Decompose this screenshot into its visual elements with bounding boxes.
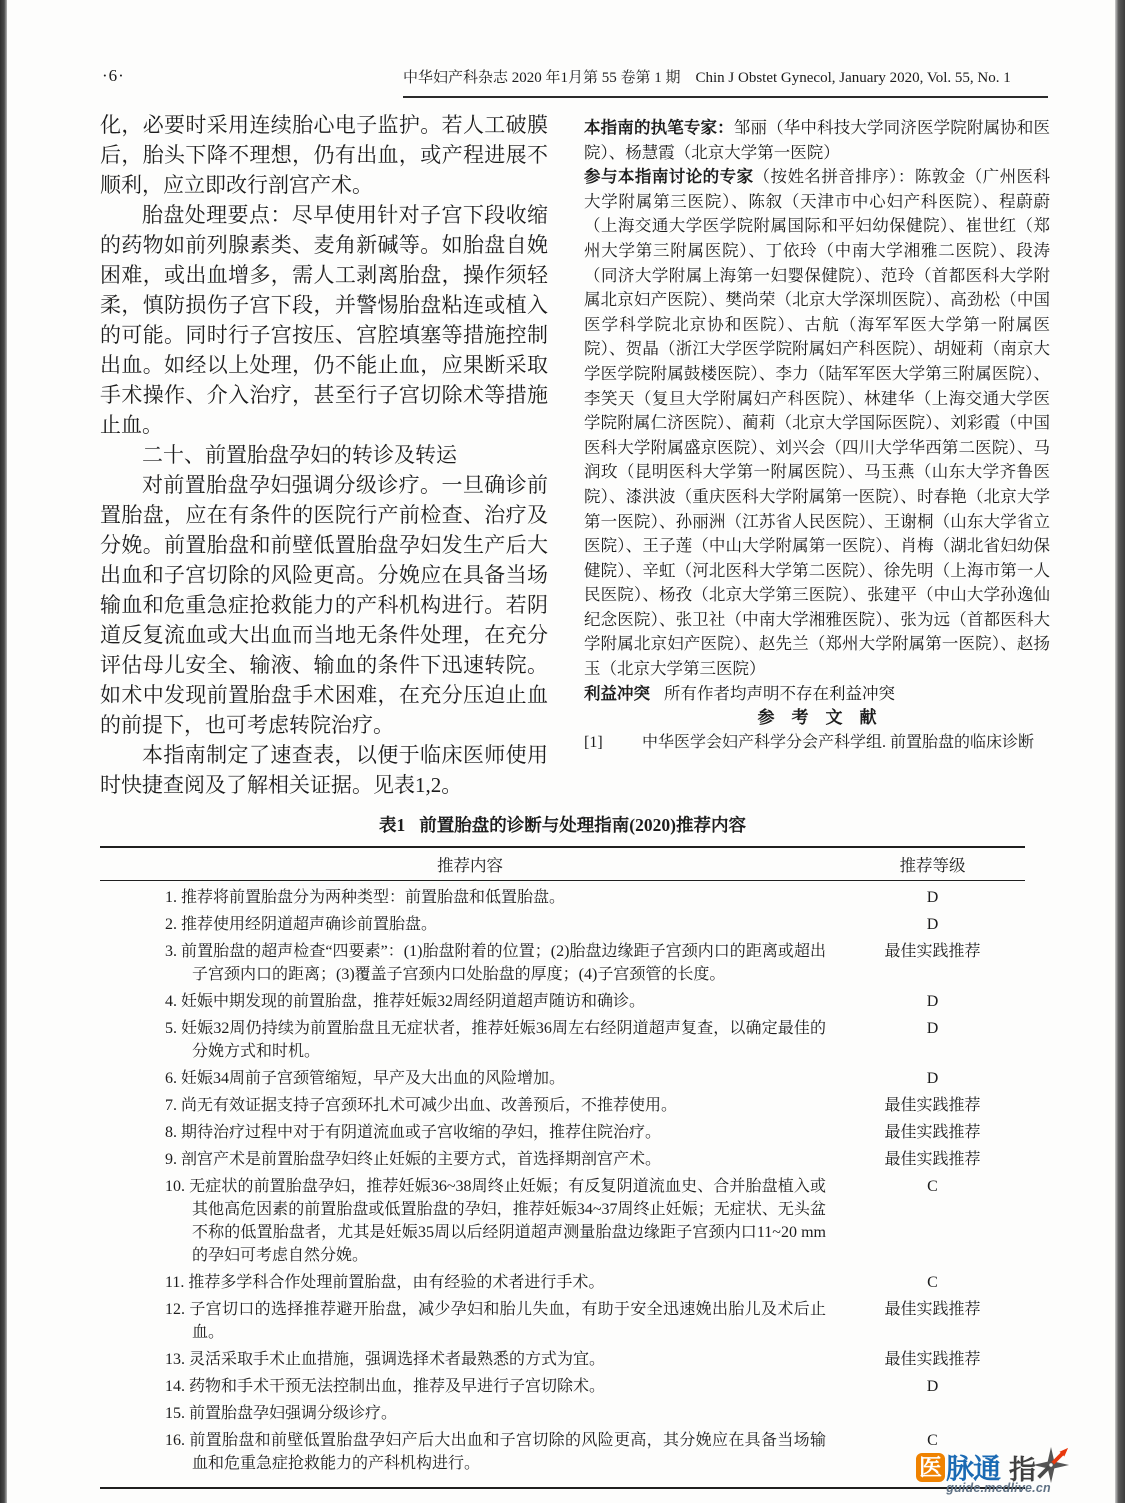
- header-rule: [403, 96, 1048, 98]
- scanned-journal-page: ·6· 中华妇产科杂志 2020 年1月第 55 卷第 1 期 Chin J O…: [0, 0, 1125, 1503]
- recommendation-grade: D: [840, 1067, 1025, 1090]
- table-row: 4. 妊娠中期发现的前置胎盘，推荐妊娠32周经阴道超声随访和确诊。 D: [100, 990, 1025, 1013]
- table-row: 13. 灵活采取手术止血措施，强调选择术者最熟悉的方式为宜。 最佳实践推荐: [100, 1348, 1025, 1371]
- recommendation-text: 8. 期待治疗过程中对于有阴道流血或子宫收缩的孕妇，推荐住院治疗。: [100, 1121, 840, 1144]
- table-row: 5. 妊娠32周仍持续为前置胎盘且无症状者，推荐妊娠36周左右经阴道超声复查，以…: [100, 1017, 1025, 1063]
- coi-label: 利益冲突: [584, 684, 650, 703]
- recommendation-text: 11. 推荐多学科合作处理前置胎盘，由有经验的术者进行手术。: [100, 1271, 840, 1294]
- table-header-row: 推荐内容 推荐等级: [100, 846, 1025, 881]
- table-row: 16. 前置胎盘和前壁低置胎盘孕妇产后大出血和子宫切除的风险更高，其分娩应在具备…: [100, 1429, 1025, 1475]
- discussants-label: 参与本指南讨论的专家: [584, 167, 754, 186]
- table-row: 1. 推荐将前置胎盘分为两种类型：前置胎盘和低置胎盘。 D: [100, 886, 1025, 909]
- writers-label: 本指南的执笔专家：: [584, 118, 734, 137]
- reference-text: 中华医学会妇产科学分会产科学组. 前置胎盘的临床诊断: [642, 734, 1034, 751]
- recommendation-grade: 最佳实践推荐: [840, 1121, 1025, 1144]
- writers-block: 本指南的执笔专家：邹丽（华中科技大学同济医学院附属协和医院）、杨慧霞（北京大学第…: [584, 116, 1050, 165]
- table-row: 12. 子宫切口的选择推荐避开胎盘，减少孕妇和胎儿失血，有助于安全迅速娩出胎儿及…: [100, 1298, 1025, 1344]
- left-column: 化，必要时采用连续胎心电子监护。若人工破膜后，胎头下降不理想，仍有出血，或产程进…: [100, 110, 548, 800]
- recommendation-text: 7. 尚无有效证据支持子宫颈环扎术可减少出血、改善预后，不推荐使用。: [100, 1094, 840, 1117]
- recommendation-grade: D: [840, 913, 1025, 936]
- recommendation-text: 1. 推荐将前置胎盘分为两种类型：前置胎盘和低置胎盘。: [100, 886, 840, 909]
- journal-header: 中华妇产科杂志 2020 年1月第 55 卷第 1 期 Chin J Obste…: [403, 66, 1051, 87]
- recommendation-grade: 最佳实践推荐: [840, 1348, 1025, 1371]
- table-title-text: 前置胎盘的诊断与处理指南(2020)推荐内容: [419, 815, 746, 835]
- paragraph: 对前置胎盘孕妇强调分级诊疗。一旦确诊前置胎盘，应在有条件的医院行产前检查、治疗及…: [100, 470, 548, 740]
- table-row: 7. 尚无有效证据支持子宫颈环扎术可减少出血、改善预后，不推荐使用。 最佳实践推…: [100, 1094, 1025, 1117]
- recommendation-text: 2. 推荐使用经阴道超声确诊前置胎盘。: [100, 913, 840, 936]
- recommendation-grade: 最佳实践推荐: [840, 940, 1025, 986]
- recommendation-text: 6. 妊娠34周前子宫颈管缩短，早产及大出血的风险增加。: [100, 1067, 840, 1090]
- recommendation-text: 10. 无症状的前置胎盘孕妇，推荐妊娠36~38周终止妊娠；有反复阴道流血史、合…: [100, 1175, 840, 1267]
- recommendation-text: 15. 前置胎盘孕妇强调分级诊疗。: [100, 1402, 840, 1425]
- recommendation-text: 13. 灵活采取手术止血措施，强调选择术者最熟悉的方式为宜。: [100, 1348, 840, 1371]
- recommendation-grade: C: [840, 1271, 1025, 1294]
- conflict-of-interest: 利益冲突所有作者均声明不存在利益冲突: [584, 682, 1050, 707]
- table-label: 表1: [379, 815, 405, 835]
- recommendation-grade: D: [840, 1017, 1025, 1063]
- reference-number: [1]: [584, 731, 622, 756]
- recommendation-grade: D: [840, 1375, 1025, 1398]
- table-row: 14. 药物和手术干预无法控制出血，推荐及早进行子宫切除术。 D: [100, 1375, 1025, 1398]
- section-heading: 二十、前置胎盘孕妇的转诊及转运: [100, 440, 548, 470]
- reference-item: [1]中华医学会妇产科学分会产科学组. 前置胎盘的临床诊断: [584, 731, 1050, 756]
- medlive-logo-row: 医 脉通 指: [916, 1450, 1081, 1484]
- scan-edge-left: [0, 0, 7, 1503]
- table-row: 10. 无症状的前置胎盘孕妇，推荐妊娠36~38周终止妊娠；有反复阴道流血史、合…: [100, 1175, 1025, 1267]
- right-column: 本指南的执笔专家：邹丽（华中科技大学同济医学院附属协和医院）、杨慧霞（北京大学第…: [584, 116, 1050, 755]
- coi-text: 所有作者均声明不存在利益冲突: [664, 684, 895, 703]
- references-heading: 参 考 文 献: [584, 706, 1050, 731]
- recommendation-text: 12. 子宫切口的选择推荐避开胎盘，减少孕妇和胎儿失血，有助于安全迅速娩出胎儿及…: [100, 1298, 840, 1344]
- compass-icon: [1032, 1446, 1070, 1484]
- table-title: 表1前置胎盘的诊断与处理指南(2020)推荐内容: [100, 812, 1025, 837]
- recommendation-text: 16. 前置胎盘和前壁低置胎盘孕妇产后大出血和子宫切除的风险更高，其分娩应在具备…: [100, 1429, 840, 1475]
- discussants-text: （按姓名拼音排序）：陈敦金（广州医科大学附属第三医院）、陈叙（天津市中心妇产科医…: [584, 167, 1050, 678]
- medlive-yi-badge: 医: [916, 1453, 945, 1482]
- recommendation-text: 3. 前置胎盘的超声检查“四要素”：(1)胎盘附着的位置；(2)胎盘边缘距子宫颈…: [100, 940, 840, 986]
- recommendation-grade: D: [840, 990, 1025, 1013]
- table-body: 1. 推荐将前置胎盘分为两种类型：前置胎盘和低置胎盘。 D 2. 推荐使用经阴道…: [100, 881, 1025, 1489]
- medlive-logo: 医 脉通 指 guide.medlive.cn: [916, 1450, 1081, 1495]
- column-header-grade: 推荐等级: [840, 852, 1025, 876]
- recommendation-text: 9. 剖宫产术是前置胎盘孕妇终止妊娠的主要方式，首选择期剖宫产术。: [100, 1148, 840, 1171]
- recommendation-text: 4. 妊娠中期发现的前置胎盘，推荐妊娠32周经阴道超声随访和确诊。: [100, 990, 840, 1013]
- paragraph: 胎盘处理要点：尽早使用针对子宫下段收缩的药物如前列腺素类、麦角新碱等。如胎盘自娩…: [100, 200, 548, 440]
- table-1: 表1前置胎盘的诊断与处理指南(2020)推荐内容 推荐内容 推荐等级 1. 推荐…: [100, 812, 1025, 1489]
- recommendation-grade: C: [840, 1175, 1025, 1267]
- recommendation-grade: 最佳实践推荐: [840, 1148, 1025, 1171]
- table-row: 2. 推荐使用经阴道超声确诊前置胎盘。 D: [100, 913, 1025, 936]
- table-row: 11. 推荐多学科合作处理前置胎盘，由有经验的术者进行手术。 C: [100, 1271, 1025, 1294]
- scan-edge-right: [1115, 0, 1125, 1503]
- recommendation-text: 14. 药物和手术干预无法控制出血，推荐及早进行子宫切除术。: [100, 1375, 840, 1398]
- recommendation-grade: 最佳实践推荐: [840, 1298, 1025, 1344]
- table-row: 9. 剖宫产术是前置胎盘孕妇终止妊娠的主要方式，首选择期剖宫产术。 最佳实践推荐: [100, 1148, 1025, 1171]
- recommendation-grade: D: [840, 886, 1025, 909]
- recommendation-text: 5. 妊娠32周仍持续为前置胎盘且无症状者，推荐妊娠36周左右经阴道超声复查，以…: [100, 1017, 840, 1063]
- table-row: 8. 期待治疗过程中对于有阴道流血或子宫收缩的孕妇，推荐住院治疗。 最佳实践推荐: [100, 1121, 1025, 1144]
- discussants-block: 参与本指南讨论的专家（按姓名拼音排序）：陈敦金（广州医科大学附属第三医院）、陈叙…: [584, 165, 1050, 681]
- table-row: 3. 前置胎盘的超声检查“四要素”：(1)胎盘附着的位置；(2)胎盘边缘距子宫颈…: [100, 940, 1025, 986]
- recommendation-grade: 最佳实践推荐: [840, 1094, 1025, 1117]
- paragraph: 化，必要时采用连续胎心电子监护。若人工破膜后，胎头下降不理想，仍有出血，或产程进…: [100, 110, 548, 200]
- page-number: ·6·: [102, 66, 125, 86]
- column-header-content: 推荐内容: [100, 852, 840, 876]
- table-row: 15. 前置胎盘孕妇强调分级诊疗。: [100, 1402, 1025, 1425]
- table-row: 6. 妊娠34周前子宫颈管缩短，早产及大出血的风险增加。 D: [100, 1067, 1025, 1090]
- paragraph: 本指南制定了速查表，以便于临床医师使用时快捷查阅及了解相关证据。见表1,2。: [100, 740, 548, 800]
- recommendation-grade: [840, 1402, 1025, 1425]
